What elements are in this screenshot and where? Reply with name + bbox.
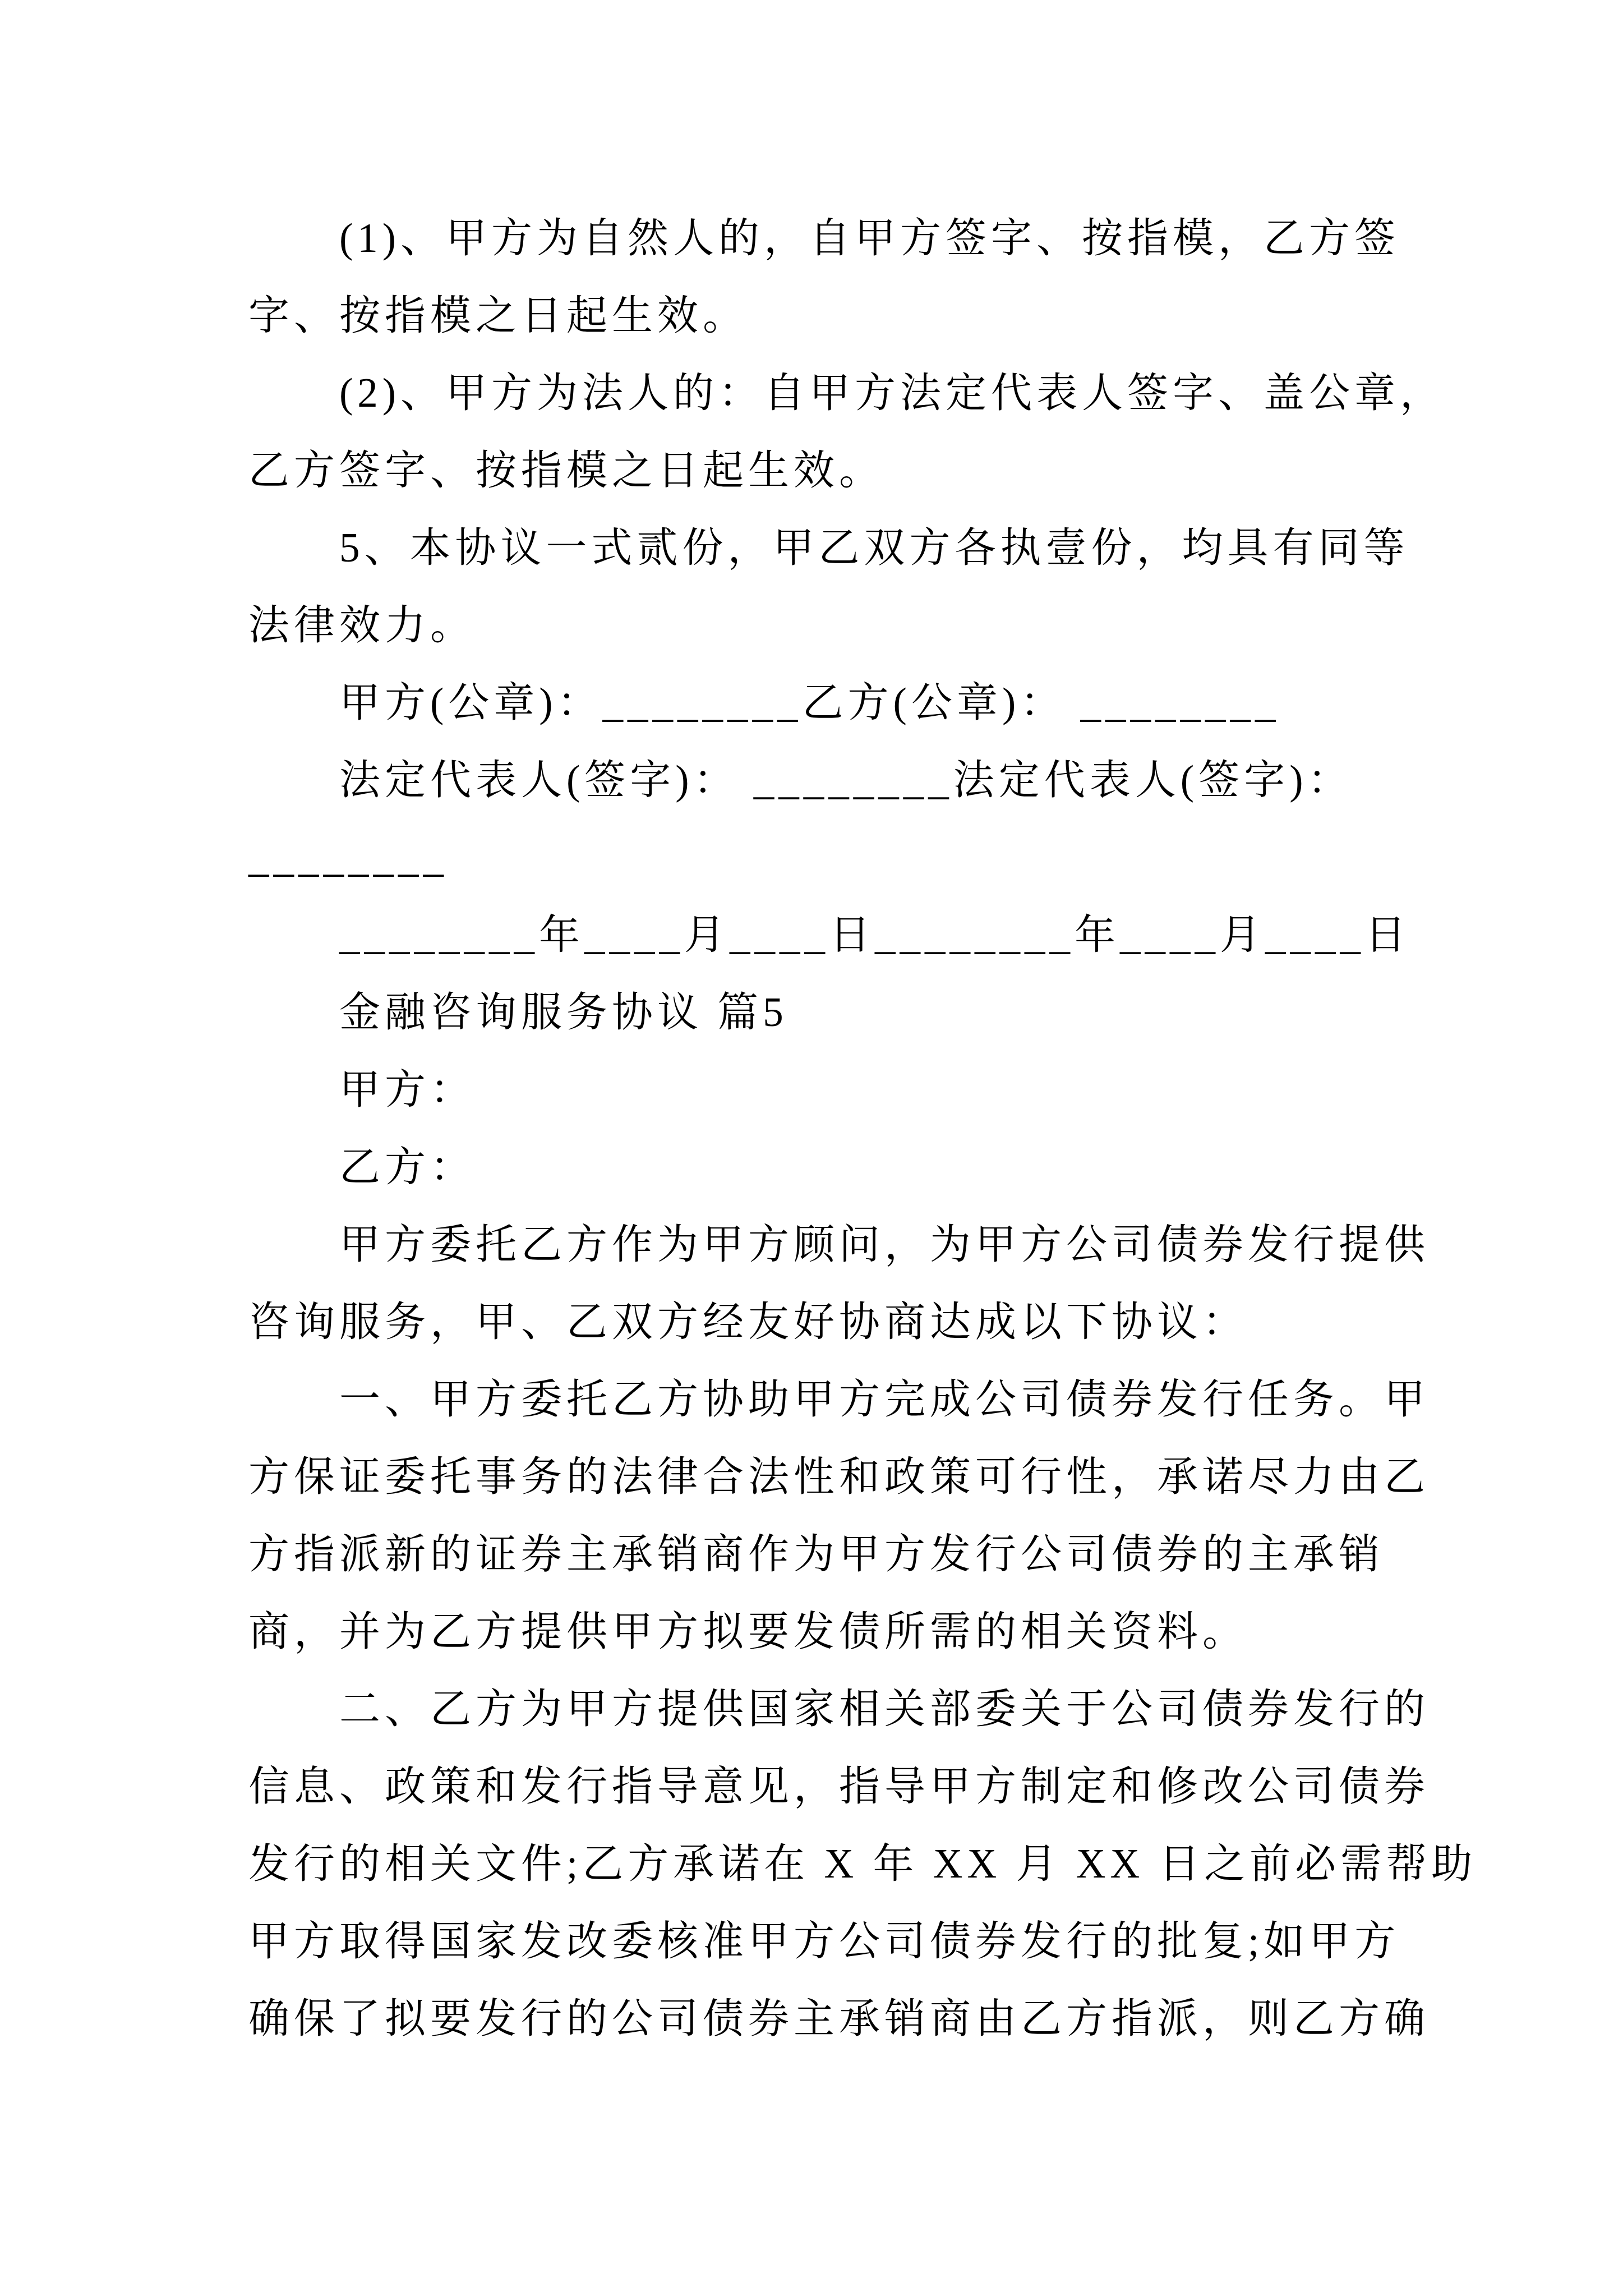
document-line: ________年____月____日________年____月____日 xyxy=(248,896,1482,974)
document-line: 法定代表人(签字)： ________法定代表人(签字)： xyxy=(248,742,1482,819)
document-line: 字、按指模之日起生效。 xyxy=(248,277,1482,355)
document-line: 法律效力。 xyxy=(248,587,1482,664)
document-line: 商，并为乙方提供甲方拟要发债所需的相关资料。 xyxy=(248,1593,1482,1671)
document-line: 咨询服务，甲、乙双方经友好协商达成以下协议： xyxy=(248,1283,1482,1361)
document-line: 方保证委托事务的法律合法性和政策可行性，承诺尽力由乙 xyxy=(248,1438,1482,1516)
document-line: 甲方取得国家发改委核准甲方公司债券发行的批复;如甲方 xyxy=(248,1903,1482,1980)
document-line: 信息、政策和发行指导意见，指导甲方制定和修改公司债券 xyxy=(248,1748,1482,1825)
document-line: 确保了拟要发行的公司债券主承销商由乙方指派，则乙方确 xyxy=(248,1980,1482,2058)
document-line: 发行的相关文件;乙方承诺在 X 年 XX 月 XX 日之前必需帮助 xyxy=(248,1825,1482,1903)
document-line: 5、本协议一式贰份，甲乙双方各执壹份，均具有同等 xyxy=(248,509,1482,587)
document-line: 方指派新的证券主承销商作为甲方发行公司债券的主承销 xyxy=(248,1516,1482,1593)
document-line: 一、甲方委托乙方协助甲方完成公司债券发行任务。甲 xyxy=(248,1361,1482,1438)
document-line: 乙方： xyxy=(248,1129,1482,1206)
document-line: 甲方委托乙方作为甲方顾问，为甲方公司债券发行提供 xyxy=(248,1206,1482,1283)
document-page: (1)、甲方为自然人的，自甲方签字、按指模，乙方签字、按指模之日起生效。(2)、… xyxy=(0,0,1623,2296)
document-line: ________ xyxy=(248,819,1482,896)
document-line: (1)、甲方为自然人的，自甲方签字、按指模，乙方签 xyxy=(248,200,1482,277)
document-heading-line: 金融咨询服务协议 篇5 xyxy=(248,974,1482,1051)
document-line: 甲方： xyxy=(248,1051,1482,1129)
document-line: (2)、甲方为法人的：自甲方法定代表人签字、盖公章， xyxy=(248,355,1482,432)
contract-text-block: (1)、甲方为自然人的，自甲方签字、按指模，乙方签字、按指模之日起生效。(2)、… xyxy=(248,200,1482,2058)
document-line: 甲方(公章)：________乙方(公章)： ________ xyxy=(248,664,1482,742)
document-line: 乙方签字、按指模之日起生效。 xyxy=(248,432,1482,509)
document-line: 二、乙方为甲方提供国家相关部委关于公司债券发行的 xyxy=(248,1671,1482,1748)
